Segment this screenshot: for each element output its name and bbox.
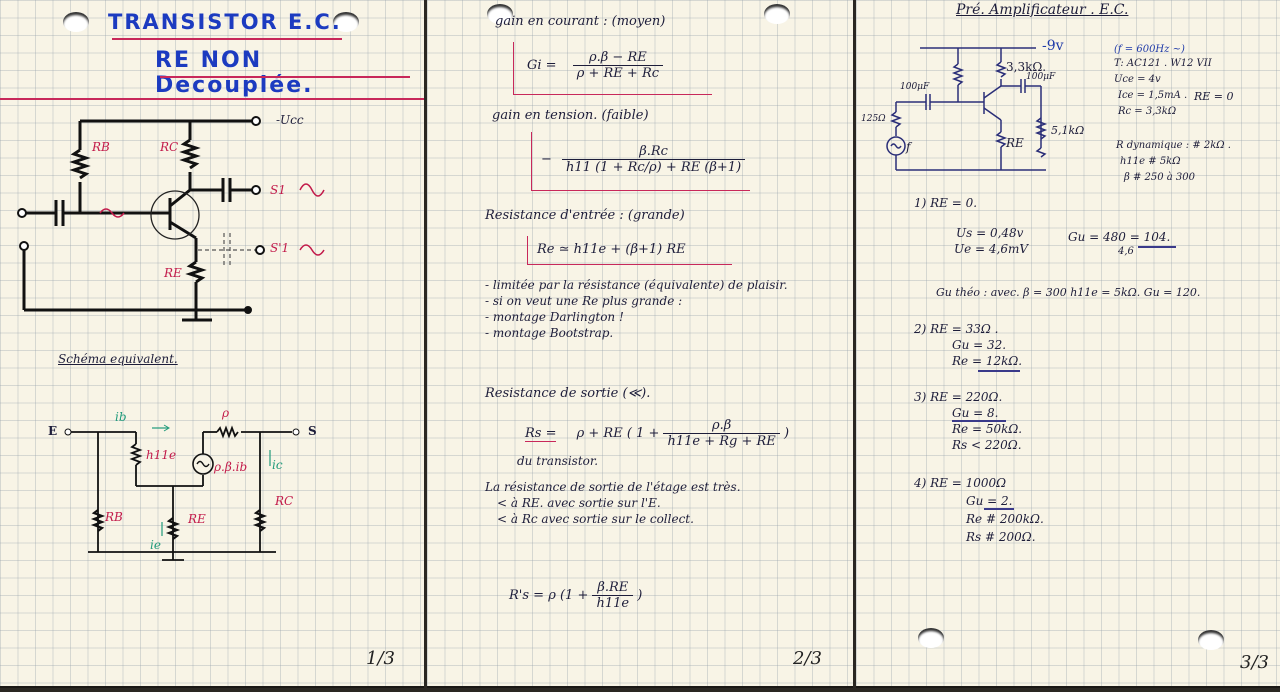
page-title-line2: RE NON Decouplée. bbox=[155, 48, 424, 98]
dynamic-h11e: h11e # 5kΩ bbox=[1120, 156, 1181, 167]
case-1-ue: Ue = 4,6mV bbox=[954, 242, 1028, 256]
output-note-2: < à RE. avec sortie sur l'E. bbox=[497, 496, 661, 510]
rho-label: ρ bbox=[222, 406, 229, 420]
case-2-gain: Gu = 32. bbox=[952, 338, 1006, 352]
case-3-gain: Gu = 8. bbox=[952, 406, 998, 420]
output-capacitor-label: 100μF bbox=[1026, 72, 1055, 82]
spec-rc: Rc = 3,3kΩ bbox=[1118, 106, 1176, 117]
punch-hole bbox=[1198, 630, 1224, 650]
spec-uce: Uce = 4v bbox=[1114, 74, 1161, 85]
ie-label: ie bbox=[150, 538, 161, 552]
input-note-4: - montage Bootstrap. bbox=[485, 326, 613, 340]
output-resistance-formula: Rs = ρ + RE ( 1 + ρ.β h11e + Rg + RE ) bbox=[525, 418, 789, 449]
common-emitter-circuit-diagram bbox=[0, 100, 424, 340]
current-gain-denominator: ρ + RE + Rc bbox=[573, 66, 663, 81]
source-resistor-label: 125Ω bbox=[861, 114, 886, 124]
spec-transistor: T: AC121 . W12 VII bbox=[1114, 58, 1212, 69]
page-number: 2/3 bbox=[793, 648, 822, 669]
output2-label: S'1 bbox=[270, 241, 289, 255]
rs-prime-lhs: R's = ρ (1 + bbox=[509, 588, 588, 603]
current-gain-numerator: ρ.β − RE bbox=[573, 50, 663, 66]
rs-prime-close: ) bbox=[637, 588, 642, 603]
case-3-re: Re = 50kΩ. bbox=[952, 422, 1022, 436]
rc-label: RC bbox=[160, 140, 178, 154]
rs-symbol: Rs = bbox=[525, 426, 556, 442]
voltage-gain-sign: − bbox=[541, 152, 552, 167]
case-4-rs: Rs # 200Ω. bbox=[966, 530, 1036, 544]
rb-label: RB bbox=[92, 140, 110, 154]
page-number: 1/3 bbox=[366, 648, 395, 669]
case-4-label: 4) RE = 1000Ω bbox=[914, 476, 1006, 490]
punch-hole bbox=[63, 12, 89, 32]
notebook-page-3: Pré. Amplificateur . E.C. bbox=[856, 0, 1280, 688]
input-resistance-heading: Resistance d'entrée : (grande) bbox=[485, 208, 685, 223]
case-2-label: 2) RE = 33Ω . bbox=[914, 322, 998, 336]
voltage-gain-formula: − β.Rc h11 (1 + Rc/ρ) + RE (β+1) bbox=[541, 144, 745, 175]
rs-prime-denominator: h11e bbox=[592, 596, 633, 611]
output-resistance-suffix: du transistor. bbox=[517, 454, 598, 468]
dynamic-beta: β # 250 à 300 bbox=[1124, 172, 1195, 183]
current-gain-heading: gain en courant : (moyen) bbox=[495, 14, 665, 29]
rs-denominator: h11e + Rg + RE bbox=[663, 434, 779, 449]
ic-label: ic bbox=[272, 458, 283, 472]
case-3-label: 3) RE = 220Ω. bbox=[914, 390, 1002, 404]
notebook-page-2: gain en courant : (moyen) Gi = ρ.β − RE … bbox=[427, 0, 853, 688]
case-1-gain: Gu = 480 = 104. bbox=[1068, 230, 1170, 244]
supply-label: -Ucc bbox=[276, 113, 304, 127]
voltage-gain-denominator: h11 (1 + Rc/ρ) + RE (β+1) bbox=[562, 160, 745, 175]
case-1-us: Us = 0,48v bbox=[956, 226, 1023, 240]
result-underline bbox=[984, 508, 1014, 510]
input-resistance-formula: Re ≃ h11e + (β+1) RE bbox=[537, 242, 686, 257]
voltage-gain-heading: gain en tension. (faible) bbox=[492, 108, 649, 123]
case-4-re: Re # 200kΩ. bbox=[966, 512, 1044, 526]
equiv-re-label: RE bbox=[188, 512, 206, 526]
generator-label: f bbox=[906, 140, 910, 154]
output-note-3: < à Rc avec sortie sur le collect. bbox=[497, 512, 694, 526]
input-note-2: - si on veut une Re plus grande : bbox=[485, 294, 682, 308]
output-resistance-heading: Resistance de sortie (≪). bbox=[485, 386, 650, 401]
equivalent-schema-heading: Schéma equivalent. bbox=[58, 352, 178, 366]
ib-label: ib bbox=[115, 410, 127, 424]
title-underline bbox=[112, 38, 342, 40]
dynamic-resistance: R dynamique : # 2kΩ . bbox=[1116, 140, 1231, 151]
input-note-1: - limitée par la résistance (équivalente… bbox=[485, 278, 788, 292]
punch-hole bbox=[918, 628, 944, 648]
input-capacitor-label: 100μF bbox=[900, 82, 929, 92]
result-underline bbox=[1138, 246, 1176, 248]
current-gain-formula: Gi = ρ.β − RE ρ + RE + Rc bbox=[527, 50, 663, 81]
equiv-input-label: E bbox=[48, 424, 57, 438]
rs-prime-formula: R's = ρ (1 + β.RE h11e ) bbox=[509, 580, 642, 611]
page-title: Pré. Amplificateur . E.C. bbox=[956, 2, 1128, 18]
case-1-label: 1) RE = 0. bbox=[914, 196, 977, 210]
supply-label: -9v bbox=[1042, 38, 1064, 54]
voltage-gain-numerator: β.Rc bbox=[562, 144, 745, 160]
spec-bracket-note: RE = 0 bbox=[1194, 90, 1234, 103]
output1-label: S1 bbox=[270, 183, 286, 197]
case-1-theory: Gu théo : avec. β = 300 h11e = 5kΩ. Gu =… bbox=[936, 286, 1200, 299]
rs-numerator: ρ.β bbox=[663, 418, 779, 434]
result-underline bbox=[978, 370, 1020, 372]
page-title-line1: TRANSISTOR E.C. bbox=[108, 10, 342, 34]
output-note-1: La résistance de sortie de l'étage est t… bbox=[485, 480, 741, 494]
equiv-output-label: S bbox=[308, 424, 317, 438]
spec-ice: Ice = 1,5mA . bbox=[1118, 90, 1187, 101]
emitter-resistor-label: RE bbox=[1006, 136, 1024, 150]
rs-close-paren: ) bbox=[784, 426, 789, 441]
input-note-3: - montage Darlington ! bbox=[485, 310, 624, 324]
case-3-rs: Rs < 220Ω. bbox=[952, 438, 1022, 452]
case-1-gain-denominator: 4,6 bbox=[1118, 246, 1134, 257]
load-resistor-label: 5,1kΩ bbox=[1051, 124, 1084, 137]
current-gain-lhs: Gi = bbox=[527, 58, 557, 73]
rs-expression: ρ + RE ( 1 + bbox=[577, 426, 660, 441]
equiv-rb-label: RB bbox=[105, 510, 123, 524]
h11e-label: h11e bbox=[146, 448, 176, 462]
case-2-re: Re = 12kΩ. bbox=[952, 354, 1022, 368]
current-source-label: ρ.β.ib bbox=[214, 460, 247, 474]
punch-hole bbox=[764, 4, 790, 24]
equivalent-circuit-diagram bbox=[40, 410, 320, 570]
rs-prime-numerator: β.RE bbox=[592, 580, 633, 596]
equiv-rc-label: RC bbox=[275, 494, 293, 508]
re-label: RE bbox=[164, 266, 182, 280]
notebook-page-1: TRANSISTOR E.C. RE NON Decouplée. bbox=[0, 0, 424, 688]
page-number: 3/3 bbox=[1240, 652, 1269, 673]
case-4-gain: Gu = 2. bbox=[966, 494, 1012, 508]
title-underline bbox=[160, 76, 410, 78]
spec-frequency: (f = 600Hz ~) bbox=[1114, 44, 1185, 55]
